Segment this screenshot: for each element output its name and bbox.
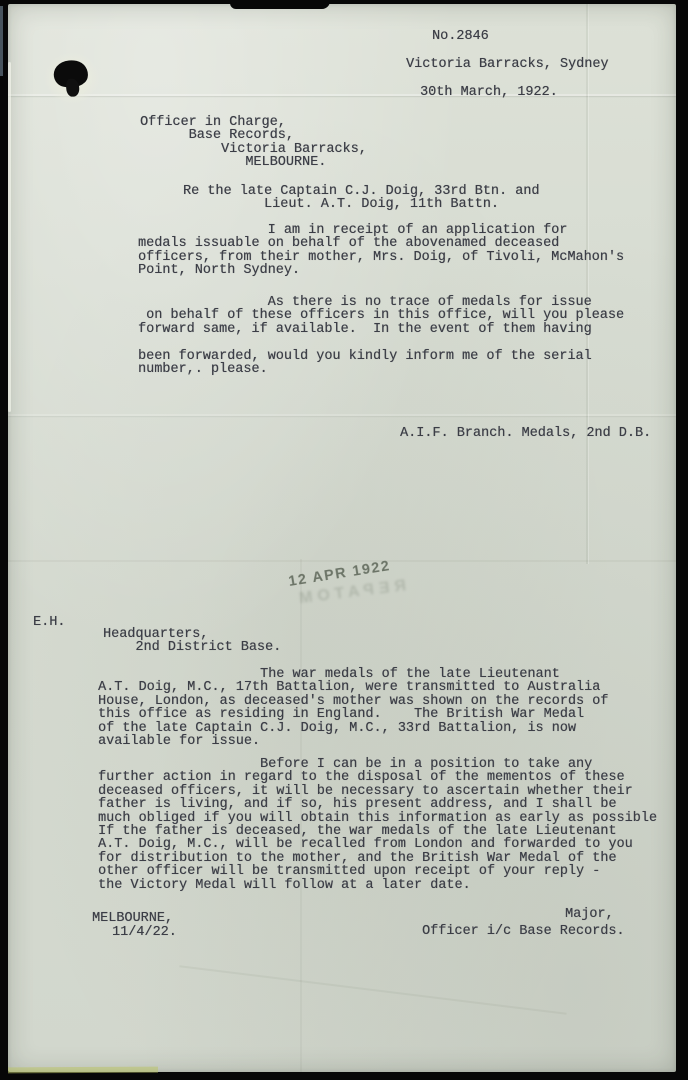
horizontal-crease: [8, 560, 676, 562]
scanned-letter-canvas: No.2846 Victoria Barracks, Sydney 30th M…: [0, 0, 688, 1080]
bottom-edge-sliver: [8, 1067, 158, 1074]
footer-date: 11/4/22.: [112, 926, 177, 939]
paragraph-3: The war medals of the late Lieutenant A.…: [98, 668, 608, 748]
origin-place-line: Victoria Barracks, Sydney: [406, 58, 609, 72]
branch-signature: A.I.F. Branch. Medals, 2nd D.B.: [400, 427, 651, 440]
signature-rank: Major,: [565, 908, 614, 921]
letter-paper: No.2846 Victoria Barracks, Sydney 30th M…: [8, 4, 676, 1072]
footer-place: MELBOURNE,: [92, 912, 173, 925]
horizontal-crease: [8, 94, 676, 96]
recipient-address: Officer in Charge, Base Records, Victori…: [140, 116, 367, 170]
left-edge-sliver: [0, 6, 3, 76]
top-edge-notch: [230, 0, 330, 9]
left-edge-highlight: [8, 62, 11, 412]
paragraph-4: Before I can be in a position to take an…: [98, 758, 657, 892]
paragraph-2: As there is no trace of medals for issue…: [138, 296, 624, 376]
signature-title: Officer i/c Base Records.: [422, 925, 625, 938]
clerk-initials: E.H.: [33, 616, 65, 629]
vertical-crease: [586, 4, 588, 564]
subject-line: Re the late Captain C.J. Doig, 33rd Btn.…: [183, 185, 539, 212]
paragraph-1: I am in receipt of an application for me…: [138, 224, 624, 278]
headquarters-address: Headquarters, 2nd District Base.: [103, 628, 281, 655]
horizontal-crease: [8, 414, 676, 416]
diagonal-crease: [179, 965, 566, 1015]
letter-date-line: 30th March, 1922.: [420, 86, 558, 100]
reference-number: No.2846: [432, 30, 489, 44]
